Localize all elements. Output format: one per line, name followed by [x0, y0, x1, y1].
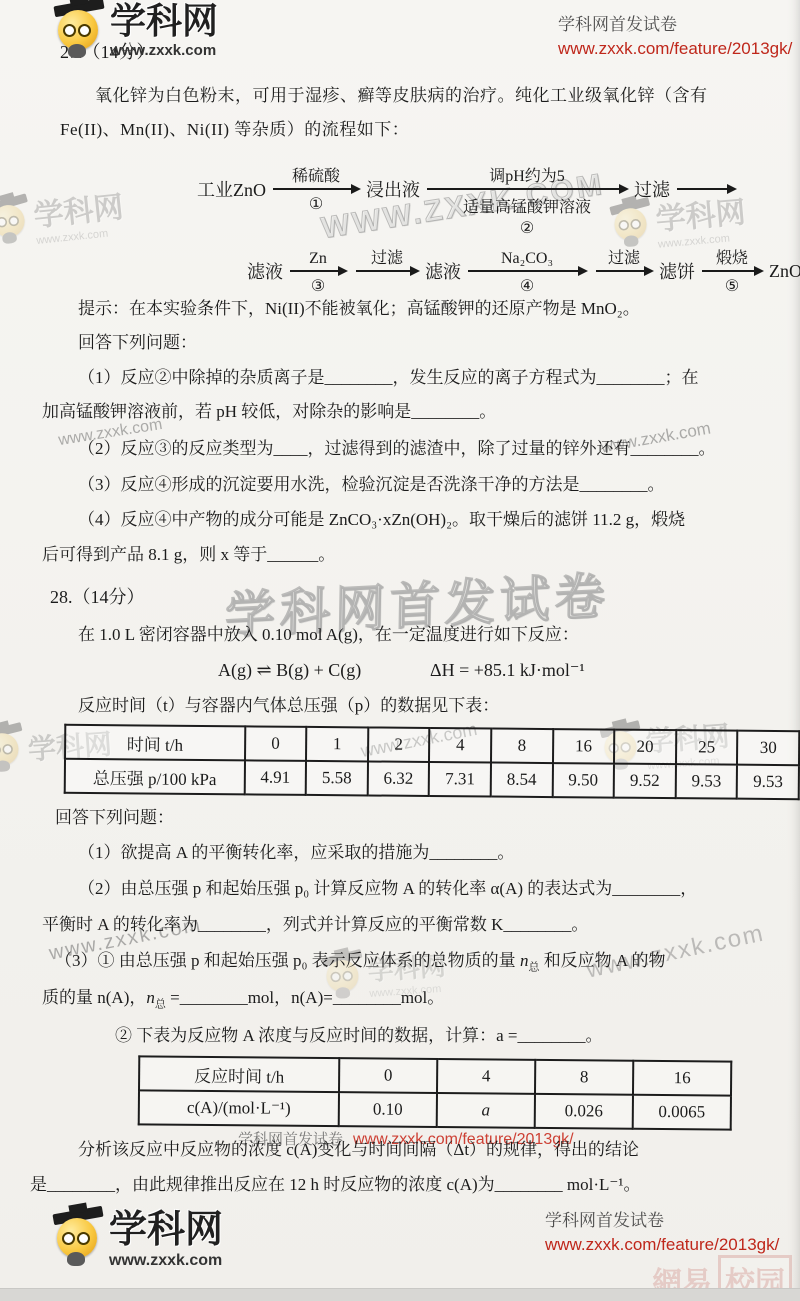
table1-r8: 9.53 — [675, 764, 737, 799]
footer-slogan: 学科网首发试卷 — [545, 1206, 779, 1231]
flow-arrow-3-number: ③ — [311, 276, 325, 296]
table1-r4: 7.31 — [429, 762, 491, 797]
q28-answer-heading: 回答下列问题： — [55, 806, 174, 830]
flow-arrow-2: 调pH约为5 适量高锰酸钾溶液② — [427, 188, 627, 190]
table1-r9: 9.53 — [737, 765, 799, 800]
flow-arrow-2-sublabel: 适量高锰酸钾溶液② — [463, 194, 591, 238]
flow-node-filtrate-2: 滤液 — [423, 258, 463, 284]
flow-arrow-filter-a: 过滤 — [356, 270, 418, 272]
q28-sub2-line2: 平衡时 A 的转化率为________，列式并计算反应的平衡常数 K______… — [42, 913, 588, 937]
table-row: 总压强 p/100 kPa 4.91 5.58 6.32 7.31 8.54 9… — [65, 759, 799, 799]
flow-arrow-5: 煅烧 ⑤ — [702, 270, 762, 272]
zxxk-mascot-icon — [611, 200, 653, 250]
q27-hint: 提示：在本实验条件下，Ni(II)不能被氧化；高锰酸钾的还原产物是 MnO₂。 — [78, 297, 640, 321]
q27-intro-line1: 氧化锌为白色粉末，可用于湿疹、癣等皮肤病的治疗。纯化工业级氧化锌（含有 — [95, 84, 708, 108]
zxxk-mascot-icon — [56, 2, 104, 60]
flow-arrow-2-number: ② — [463, 218, 591, 238]
flow-arrow-continue — [677, 188, 735, 190]
q27-sub4-line2: 后可得到产品 8.1 g，则 x 等于______。 — [42, 543, 335, 567]
flow-arrow-5-number: ⑤ — [725, 276, 739, 296]
table1-h4: 4 — [429, 728, 491, 763]
table1-h5: 8 — [491, 729, 553, 764]
flow-node-filtrate-1: 滤液 — [245, 258, 285, 284]
footer-site-info: 学科网首发试卷 www.zxxk.com/feature/2013gk/ — [545, 1206, 779, 1255]
table2-r3: 0.026 — [535, 1094, 633, 1129]
scanned-exam-page: 学科网 www.zxxk.com 学科网 www.zxxk.com WWW.ZX… — [0, 0, 800, 1301]
q28-sub1: （1）欲提高 A 的平衡转化率，应采取的措施为________。 — [78, 841, 514, 865]
flow-node-leachate: 浸出液 — [364, 176, 422, 202]
n-total-subscript: 总 — [528, 961, 539, 973]
q28-number: 28.（14分） — [50, 585, 145, 609]
table2-r2: a — [437, 1093, 535, 1128]
q28-table-intro: 反应时间（t）与容器内气体总压强（p）的数据见下表： — [78, 694, 499, 718]
q27-sub1-line2: 加高锰酸钾溶液前，若 pH 较低，对除杂的影响是________。 — [42, 400, 496, 424]
header-slogan: 学科网首发试卷 — [558, 10, 792, 35]
table2-r0: c(A)/(mol·L⁻¹) — [139, 1090, 339, 1126]
table1-r2: 5.58 — [306, 761, 368, 796]
flow-arrow-filter-b-label: 过滤 — [608, 245, 640, 268]
header-feature-url: www.zxxk.com/feature/2013gk/ — [558, 39, 792, 59]
table2-r1: 0.10 — [339, 1092, 437, 1127]
brand-name: 学科网 — [109, 1210, 223, 1250]
q27-sub4-line1: （4）反应④中产物的成分可能是 ZnCO₃·xZn(OH)₂。取干燥后的滤饼 1… — [78, 508, 685, 532]
flow-node-zno-product: ZnO — [767, 261, 800, 282]
flow-arrow-1-number: ① — [309, 194, 323, 214]
flow-node-industrial-zno: 工业ZnO — [195, 176, 268, 202]
brand-name: 学科网 — [110, 2, 218, 40]
zxxk-mascot-icon — [0, 197, 32, 247]
flow-arrow-5-label: 煅烧 — [716, 245, 748, 268]
table1-r5: 8.54 — [491, 763, 553, 798]
table-row: c(A)/(mol·L⁻¹) 0.10 a 0.026 0.0065 — [139, 1090, 731, 1129]
flowchart-row2: 滤液 Zn ③ 过滤 滤液 Na₂CO₃ ④ 过滤 滤饼 煅烧 ⑤ ZnO — [245, 258, 800, 284]
n-total-subscript: 总 — [155, 998, 166, 1010]
table1-r0: 总压强 p/100 kPa — [65, 759, 245, 795]
q28-closing-line1: 分析该反应中反应物的浓度 c(A)变化与时间间隔（Δt）的规律，得出的结论 — [78, 1138, 639, 1162]
brand-url: www.zxxk.com — [110, 42, 218, 59]
table1-r6: 9.50 — [552, 763, 614, 798]
q28-sub2-line1: （2）由总压强 p 和起始压强 p₀ 计算反应物 A 的转化率 α(A) 的表达… — [78, 877, 697, 901]
flow-arrow-1-label: 稀硫酸 — [292, 163, 340, 186]
flow-arrow-filter-b: 过滤 — [596, 270, 652, 272]
q28-closing-line2: 是________，由此规律推出反应在 12 h 时反应物的浓度 c(A)为__… — [30, 1173, 640, 1197]
q27-sub2: （2）反应③的反应类型为____，过滤得到的滤渣中，除了过量的锌外还有_____… — [78, 437, 716, 461]
q28-equation: A(g) ⇌ B(g) + C(g) — [218, 658, 361, 682]
zxxk-mascot-icon — [0, 725, 25, 774]
zxxk-watermark-logo: 学科网 www.zxxk.com — [0, 181, 127, 253]
q28-sub3-line2-post: =________mol，n(A)=________mol。 — [166, 988, 444, 1007]
q28-enthalpy: ΔH = +85.1 kJ·mol⁻¹ — [430, 658, 585, 682]
table1-h9: 30 — [737, 731, 799, 766]
flow-arrow-4-number: ④ — [520, 276, 534, 296]
watermark-brand-url: www.zxxk.com — [36, 226, 127, 247]
brand-url: www.zxxk.com — [109, 1252, 223, 1270]
table2-h4: 16 — [633, 1061, 731, 1096]
header-site-info: 学科网首发试卷 www.zxxk.com/feature/2013gk/ — [558, 10, 792, 59]
q27-intro-line2: Fe(II)、Mn(II)、Ni(II) 等杂质）的流程如下： — [60, 118, 409, 142]
concentration-data-table: 反应时间 t/h 0 4 8 16 c(A)/(mol·L⁻¹) 0.10 a … — [138, 1055, 733, 1130]
table2-h2: 4 — [437, 1059, 535, 1094]
flow-arrow-4-label: Na₂CO₃ — [501, 250, 553, 268]
q28-sub3-line1-post: 和反应物 A 的物 — [539, 951, 665, 970]
table1-r7: 9.52 — [614, 764, 676, 799]
table1-h0: 时间 t/h — [65, 725, 245, 761]
flow-node-filter: 过滤 — [632, 176, 672, 202]
flow-arrow-4: Na₂CO₃ ④ — [468, 270, 586, 272]
flow-arrow-1: 稀硫酸 ① — [273, 188, 359, 190]
table1-r1: 4.91 — [244, 760, 306, 795]
table2-h3: 8 — [535, 1060, 633, 1095]
q28-sub3-line1-pre: （3）① 由总压强 p 和起始压强 p₀ 表示反应体系的总物质的量 — [55, 951, 520, 970]
table1-h8: 25 — [676, 730, 738, 765]
footer-feature-url: www.zxxk.com/feature/2013gk/ — [545, 1235, 779, 1255]
flow-arrow-2-below-text: 适量高锰酸钾溶液 — [463, 199, 591, 216]
zxxk-logo-footer: 学科网 www.zxxk.com — [55, 1210, 223, 1270]
q28-sub3-part2: ② 下表为反应物 A 浓度与反应时间的数据，计算：a =________。 — [115, 1024, 602, 1048]
scan-edge-strip — [0, 1288, 800, 1301]
table1-h1: 0 — [245, 726, 307, 761]
watermark-brand-text: 学科网 — [31, 182, 125, 235]
table2-r4: 0.0065 — [633, 1095, 731, 1130]
zxxk-mascot-icon — [55, 1210, 103, 1268]
table1-h7: 20 — [614, 730, 676, 765]
flow-arrow-3-label: Zn — [309, 250, 327, 268]
table2-h1: 0 — [339, 1058, 437, 1093]
q28-intro: 在 1.0 L 密闭容器中放入 0.10 mol A(g)，在一定温度进行如下反… — [78, 623, 579, 647]
flow-arrow-2-label: 调pH约为5 — [489, 163, 565, 186]
flow-arrow-filter-a-label: 过滤 — [371, 245, 403, 268]
table-row: 反应时间 t/h 0 4 8 16 — [139, 1056, 731, 1095]
q28-sub3-line1: （3）① 由总压强 p 和起始压强 p₀ 表示反应体系的总物质的量 n总 和反应… — [55, 949, 666, 979]
flow-node-filter-cake: 滤饼 — [657, 258, 697, 284]
table1-r3: 6.32 — [367, 761, 429, 796]
table2-h0: 反应时间 t/h — [139, 1056, 339, 1092]
flow-arrow-3: Zn ③ — [290, 270, 346, 272]
table1-h2: 1 — [306, 727, 368, 762]
flowchart-row1: 工业ZnO 稀硫酸 ① 浸出液 调pH约为5 适量高锰酸钾溶液② 过滤 — [195, 176, 740, 202]
q27-sub3: （3）反应④形成的沉淀要用水洗，检验沉淀是否洗涤干净的方法是________。 — [78, 473, 665, 497]
n-total-symbol: n — [146, 988, 155, 1007]
q27-answer-heading: 回答下列问题： — [78, 331, 197, 355]
table1-h3: 2 — [368, 727, 430, 762]
q28-sub3-line2: 质的量 n(A)，n总 =________mol，n(A)=________mo… — [42, 986, 444, 1016]
table1-h6: 16 — [553, 729, 615, 764]
pressure-data-table: 时间 t/h 0 1 2 4 8 16 20 25 30 总压强 p/100 k… — [64, 724, 800, 800]
zxxk-logo-header: 学科网 www.zxxk.com — [56, 2, 218, 60]
q27-sub1-line1: （1）反应②中除掉的杂质离子是________，发生反应的离子方程式为_____… — [78, 366, 699, 390]
q28-sub3-line2-pre: 质的量 n(A)， — [42, 988, 146, 1007]
